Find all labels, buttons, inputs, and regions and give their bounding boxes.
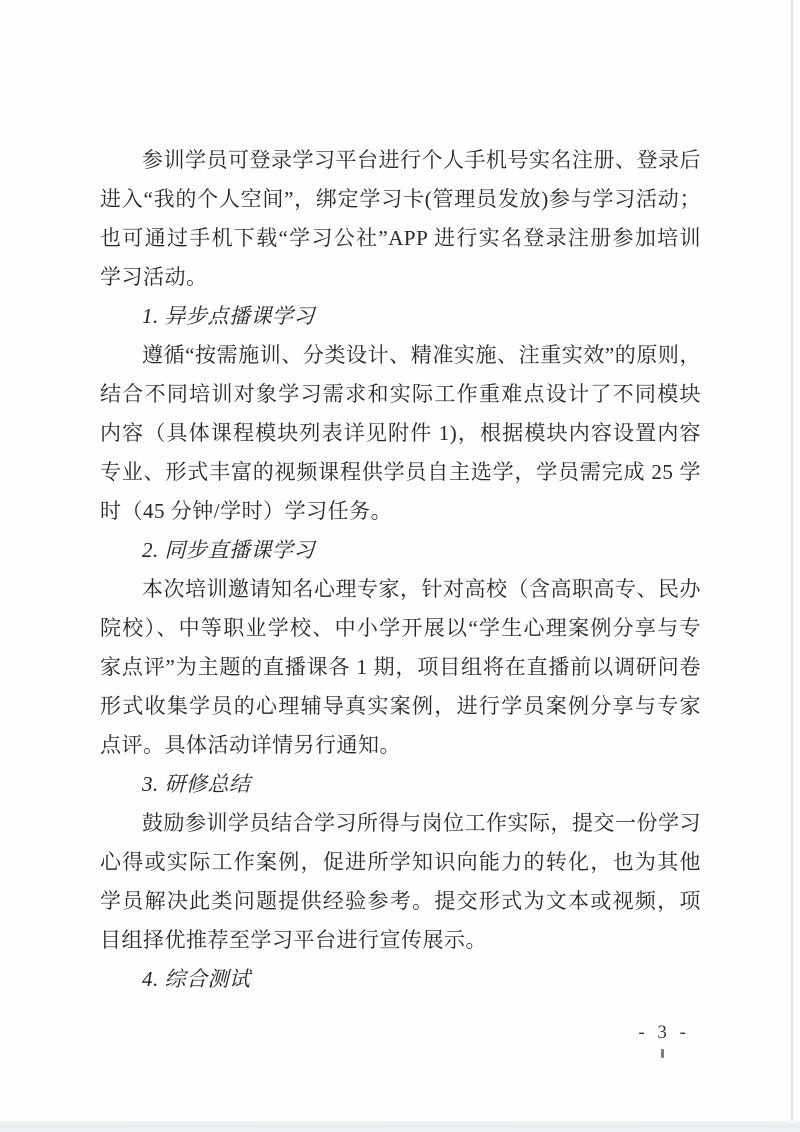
document-page: 参训学员可登录学习平台进行个人手机号实名注册、登录后进入“我的个人空间”，绑定学… [0,0,800,1132]
section-heading-study-summary: 3. 研修总结 [100,765,701,804]
document-body: 参训学员可登录学习平台进行个人手机号实名注册、登录后进入“我的个人空间”，绑定学… [100,141,701,999]
paragraph-study-summary-details: 鼓励参训学员结合学习所得与岗位工作实际，提交一份学习心得或实际工作案例，促进所学… [100,804,701,960]
paragraph-live-course-details: 本次培训邀请知名心理专家，针对高校（含高职高专、民办院校）、中等职业学校、中小学… [100,570,701,765]
section-heading-live-courses: 2. 同步直播课学习 [100,531,701,570]
paragraph-platform-registration: 参训学员可登录学习平台进行个人手机号实名注册、登录后进入“我的个人空间”，绑定学… [100,141,701,297]
scan-page-edge-right [791,0,793,1124]
section-heading-comprehensive-test: 4. 综合测试 [100,960,701,999]
scan-artifact-speck [661,1049,664,1058]
section-heading-async-courses: 1. 异步点播课学习 [100,297,701,336]
scan-page-edge-bottom [0,1121,800,1132]
page-number: - 3 - [638,1022,687,1044]
paragraph-async-course-details: 遵循“按需施训、分类设计、精准实施、注重实效”的原则，结合不同培训对象学习需求和… [100,336,701,531]
